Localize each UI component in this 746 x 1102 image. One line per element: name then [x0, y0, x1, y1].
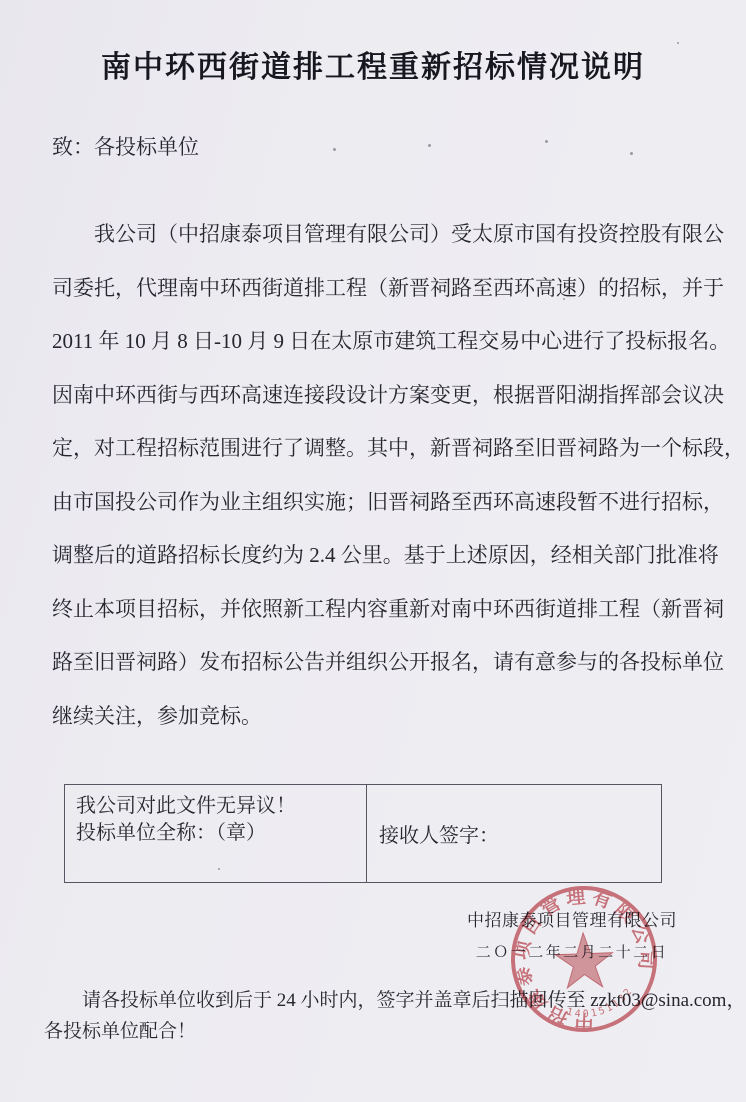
document-body: 我公司（中招康泰项目管理有限公司）受太原市国有投资控股有限公 司委托，代理南中环…	[52, 208, 698, 743]
scan-speck	[218, 868, 220, 870]
scan-speck	[333, 148, 336, 151]
body-line: 由市国投公司作为业主组织实施；旧晋祠路至西环高速段暂不进行招标，	[52, 476, 698, 530]
table-cell-no-objection: 我公司对此文件无异议！ 投标单位全称：（章）	[65, 785, 367, 882]
scanned-document-page: 南中环西街道排工程重新招标情况说明 致：各投标单位 我公司（中招康泰项目管理有限…	[0, 0, 746, 1102]
body-line: 定，对工程招标范围进行了调整。其中，新晋祠路至旧晋祠路为一个标段，	[52, 422, 698, 476]
confirmation-table: 我公司对此文件无异议！ 投标单位全称：（章） 接收人签字：	[64, 784, 662, 883]
body-line: 司委托，代理南中环西街道排工程（新晋祠路至西环高速）的招标，并于	[52, 262, 698, 316]
document-title: 南中环西街道排工程重新招标情况说明	[0, 42, 746, 86]
scan-speck	[630, 152, 633, 155]
company-seal-stamp: 中招康泰项目管理有限公司 1401511322	[501, 876, 666, 1041]
body-line: 因南中环西街与西环高速连接段设计方案变更，根据晋阳湖指挥部会议决	[52, 369, 698, 423]
scan-speck	[545, 140, 548, 143]
body-line: 2011 年 10 月 8 日-10 月 9 日在太原市建筑工程交易中心进行了投…	[52, 315, 698, 369]
salutation: 致：各投标单位	[52, 133, 199, 161]
scan-speck	[428, 144, 431, 147]
body-line: 我公司（中招康泰项目管理有限公司）受太原市国有投资控股有限公	[52, 208, 698, 262]
receiver-signature-label: 接收人签字：	[379, 823, 661, 849]
no-objection-text: 我公司对此文件无异议！	[76, 793, 360, 820]
table-cell-receiver-signature: 接收人签字：	[367, 785, 661, 882]
bidder-full-name-label: 投标单位全称：（章）	[76, 820, 360, 847]
body-line: 调整后的道路招标长度约为 2.4 公里。基于上述原因，经相关部门批准将	[52, 529, 698, 583]
seal-star-icon	[555, 932, 614, 988]
body-line: 终止本项目招标，并依照新工程内容重新对南中环西街道排工程（新晋祠	[52, 583, 698, 637]
body-line: 路至旧晋祠路）发布招标公告并组织公开报名，请有意参与的各投标单位	[52, 636, 698, 690]
body-line: 继续关注，参加竞标。	[52, 690, 698, 744]
scan-speck	[677, 42, 679, 44]
scan-speck	[563, 298, 565, 300]
